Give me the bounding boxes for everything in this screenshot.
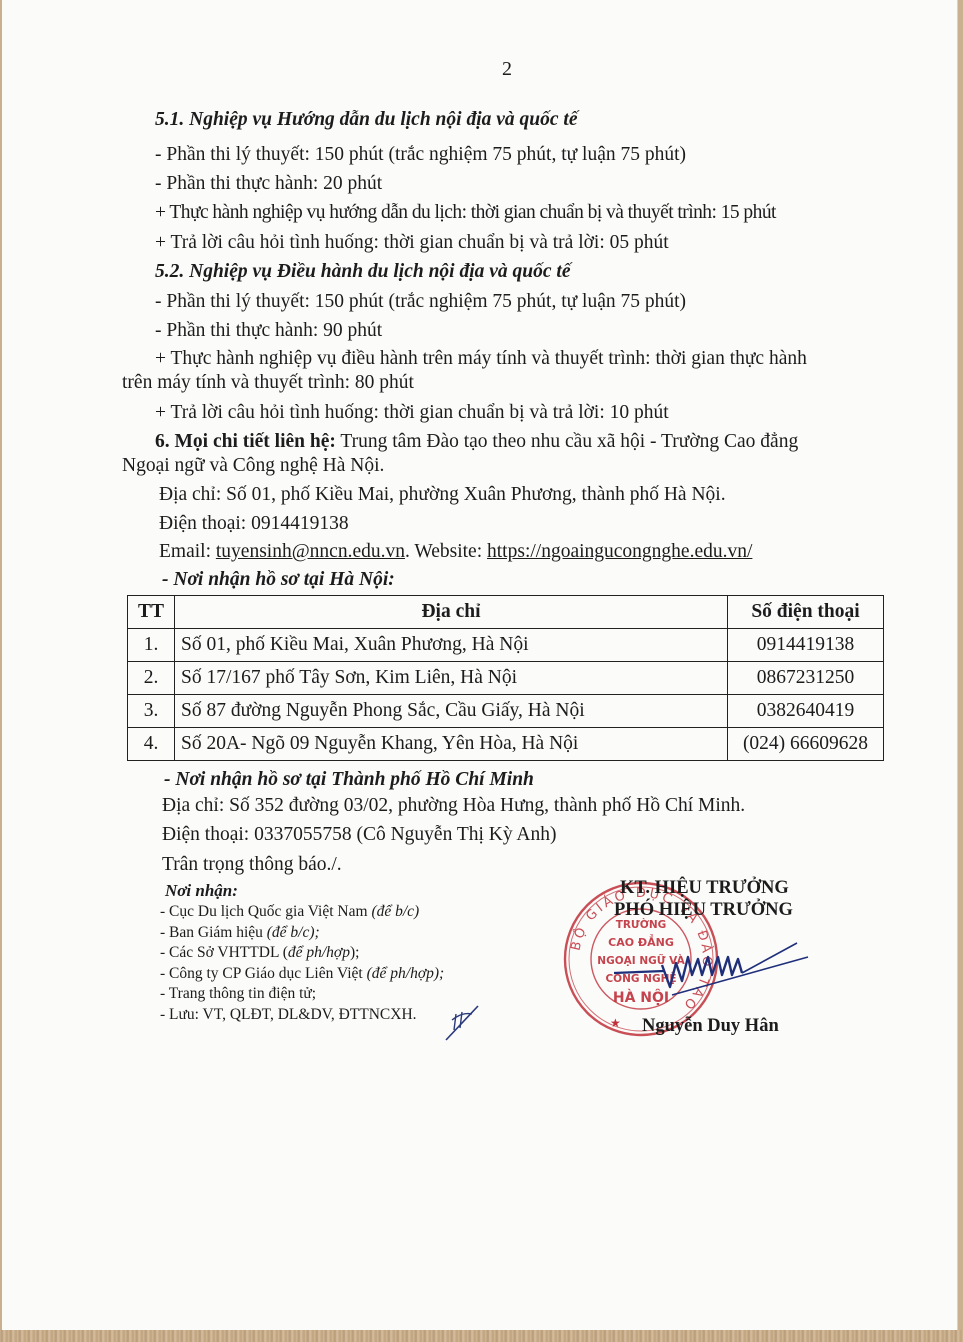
row-phone: 0867231250 <box>728 662 884 695</box>
row-number: 4. <box>128 728 175 761</box>
section-5-2-line: + Trả lời câu hỏi tình huống: thời gian … <box>155 401 669 425</box>
row-number: 1. <box>128 629 175 662</box>
recipient-item: - Cục Du lịch Quốc gia Việt Nam (để b/c) <box>160 902 444 923</box>
section-5-1-line: - Phần thi thực hành: 20 phút <box>155 172 382 196</box>
recipients-title: Nơi nhận: <box>165 881 238 901</box>
recipient-item: - Ban Giám hiệu (để b/c); <box>160 923 444 944</box>
row-number: 3. <box>128 695 175 728</box>
header-tt: TT <box>128 596 175 629</box>
initials-mark-icon <box>442 1000 482 1042</box>
table-row: 2. Số 17/167 phố Tây Sơn, Kim Liên, Hà N… <box>128 662 884 695</box>
row-address: Số 20A- Ngõ 09 Nguyễn Khang, Yên Hòa, Hà… <box>175 728 728 761</box>
row-number: 2. <box>128 662 175 695</box>
section-5-1-line: + Thực hành nghiệp vụ hướng dẫn du lịch:… <box>155 201 776 225</box>
contact-email-website: Email: tuyensinh@nncn.edu.vn. Website: h… <box>159 540 752 564</box>
section-5-1-heading: 5.1. Nghiệp vụ Hướng dẫn du lịch nội địa… <box>155 108 577 132</box>
recipient-item: - Trang thông tin điện tử; <box>160 984 444 1005</box>
contact-phone: Điện thoại: 0914419138 <box>159 512 349 536</box>
website-link[interactable]: https://ngoaingucongnghe.edu.vn/ <box>487 541 752 562</box>
section-5-2-line: trên máy tính và thuyết trình: 80 phút <box>122 371 414 395</box>
document-page: 2 5.1. Nghiệp vụ Hướng dẫn du lịch nội đ… <box>2 0 957 1332</box>
recipient-item: - Các Sở VHTTDL (để ph/hợp); <box>160 943 444 964</box>
recipient-item: - Công ty CP Giáo dục Liên Việt (để ph/h… <box>160 964 444 985</box>
section-5-2-heading: 5.2. Nghiệp vụ Điều hành du lịch nội địa… <box>155 260 571 284</box>
table-row: 1. Số 01, phố Kiều Mai, Xuân Phương, Hà … <box>128 629 884 662</box>
contact-line-1: 6. Mọi chi tiết liên hệ: Trung tâm Đào t… <box>155 430 798 454</box>
hanoi-offices-heading: - Nơi nhận hồ sơ tại Hà Nội: <box>162 568 395 592</box>
section-5-2-line: - Phần thi lý thuyết: 150 phút (trắc ngh… <box>155 290 686 314</box>
row-address: Số 17/167 phố Tây Sơn, Kim Liên, Hà Nội <box>175 662 728 695</box>
table-header-row: TT Địa chỉ Số điện thoại <box>128 596 884 629</box>
contact-line-2: Ngoại ngữ và Công nghệ Hà Nội. <box>122 454 384 478</box>
recipients-list: - Cục Du lịch Quốc gia Việt Nam (để b/c)… <box>160 902 444 1025</box>
header-address: Địa chỉ <box>175 596 728 629</box>
contact-org: Trung tâm Đào tạo theo nhu cầu xã hội - … <box>336 431 798 452</box>
table-row: 3. Số 87 đường Nguyễn Phong Sắc, Cầu Giấ… <box>128 695 884 728</box>
signature-title-1: KT. HIỆU TRƯỞNG <box>620 877 789 899</box>
hcm-phone-line: Điện thoại: 0337055758 (Cô Nguyễn Thị Kỳ… <box>162 823 557 847</box>
row-address: Số 01, phố Kiều Mai, Xuân Phương, Hà Nội <box>175 629 728 662</box>
section-5-2-line: + Thực hành nghiệp vụ điều hành trên máy… <box>155 347 807 371</box>
contact-label: 6. Mọi chi tiết liên hệ: <box>155 431 336 452</box>
signer-name: Nguyễn Duy Hân <box>642 1016 779 1037</box>
hcm-phone-label: Điện thoại: <box>162 824 254 845</box>
hcm-phone: 0337055758 (Cô Nguyễn Thị Kỳ Anh) <box>254 824 556 845</box>
signature-title-2: PHÓ HIỆU TRƯỞNG <box>614 899 793 921</box>
hcm-address: Địa chỉ: Số 352 đường 03/02, phường Hòa … <box>162 794 745 818</box>
section-5-1-line: + Trả lời câu hỏi tình huống: thời gian … <box>155 231 669 255</box>
table-row: 4. Số 20A- Ngõ 09 Nguyễn Khang, Yên Hòa,… <box>128 728 884 761</box>
desk-surface <box>0 1330 963 1342</box>
recipient-item: - Lưu: VT, QLĐT, DL&DV, ĐTTNCXH. <box>160 1005 444 1026</box>
row-phone: 0382640419 <box>728 695 884 728</box>
website-label: . Website: <box>405 541 487 562</box>
handwritten-signature-icon <box>612 935 812 1005</box>
svg-text:★: ★ <box>610 1016 621 1030</box>
email-label: Email: <box>159 541 216 562</box>
section-5-1-line: - Phần thi lý thuyết: 150 phút (trắc ngh… <box>155 143 686 167</box>
hcm-heading: - Nơi nhận hồ sơ tại Thành phố Hồ Chí Mi… <box>164 768 534 792</box>
row-phone: (024) 66609628 <box>728 728 884 761</box>
row-phone: 0914419138 <box>728 629 884 662</box>
header-phone: Số điện thoại <box>728 596 884 629</box>
email-link[interactable]: tuyensinh@nncn.edu.vn <box>216 541 405 562</box>
section-5-2-line: - Phần thi thực hành: 90 phút <box>155 319 382 343</box>
row-address: Số 87 đường Nguyễn Phong Sắc, Cầu Giấy, … <box>175 695 728 728</box>
closing-line: Trân trọng thông báo./. <box>162 853 342 877</box>
offices-table: TT Địa chỉ Số điện thoại 1. Số 01, phố K… <box>127 595 884 761</box>
contact-address: Địa chỉ: Số 01, phố Kiều Mai, phường Xuâ… <box>159 483 726 507</box>
page-number: 2 <box>502 58 512 81</box>
